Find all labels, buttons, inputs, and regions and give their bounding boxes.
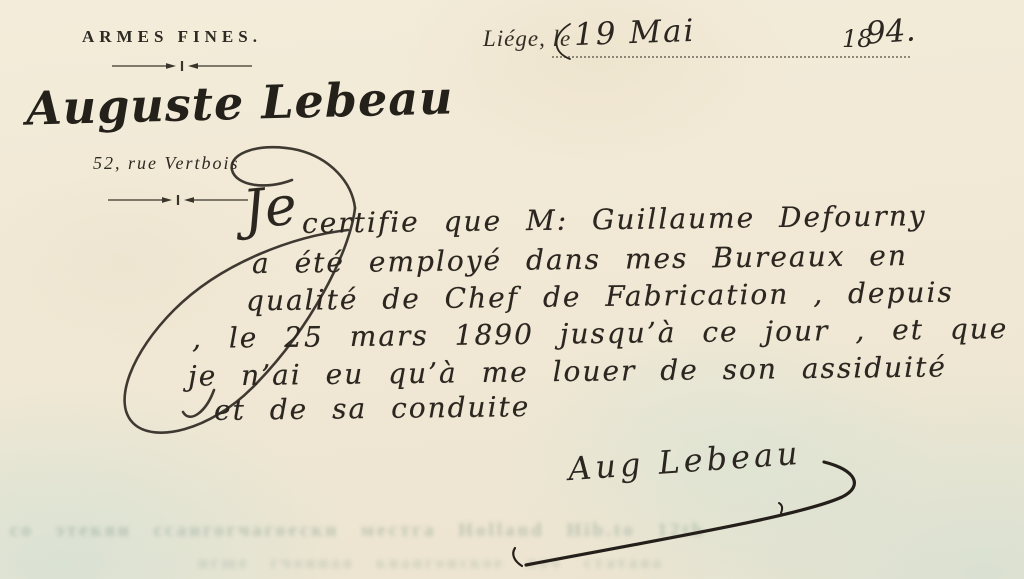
bleed-through-text: со этекян ссангогчагоескн местга Holland… bbox=[10, 520, 705, 542]
body-line: certifie que M: Guillaume Defourny bbox=[302, 199, 927, 240]
body-line: qualité de Chef de Fabrication , depuis bbox=[246, 276, 954, 318]
body-line: je n’ai eu qu’à me louer de son assiduit… bbox=[188, 350, 947, 392]
body-opening-word: Je bbox=[240, 173, 300, 241]
divider-ornament-icon bbox=[112, 60, 252, 72]
body-line: et de sa conduite bbox=[214, 390, 531, 427]
letterhead-address: 52, rue Vertbois bbox=[93, 153, 240, 174]
body-line: a été employé dans mes Bureaux en bbox=[252, 239, 908, 280]
bleed-through-text: нгше гчонная кяангоиское поч статаяа bbox=[198, 553, 664, 573]
letterhead-proprietor-name: Auguste Lebeau bbox=[25, 70, 454, 135]
dateline-year-handwritten: 94. bbox=[865, 12, 917, 51]
scanned-letter-certificate: со этекян ссангогчагоескн местга Holland… bbox=[0, 0, 1024, 579]
dateline-day-month-handwritten: 19 Mai bbox=[573, 13, 696, 53]
signature-text: Aug Lebeau bbox=[567, 434, 803, 488]
letterhead-trade-line: ARMES FINES. bbox=[82, 27, 262, 47]
divider-ornament-icon bbox=[108, 194, 248, 206]
body-line: , le 25 mars 1890 jusqu’à ce jour , et q… bbox=[192, 312, 1009, 355]
